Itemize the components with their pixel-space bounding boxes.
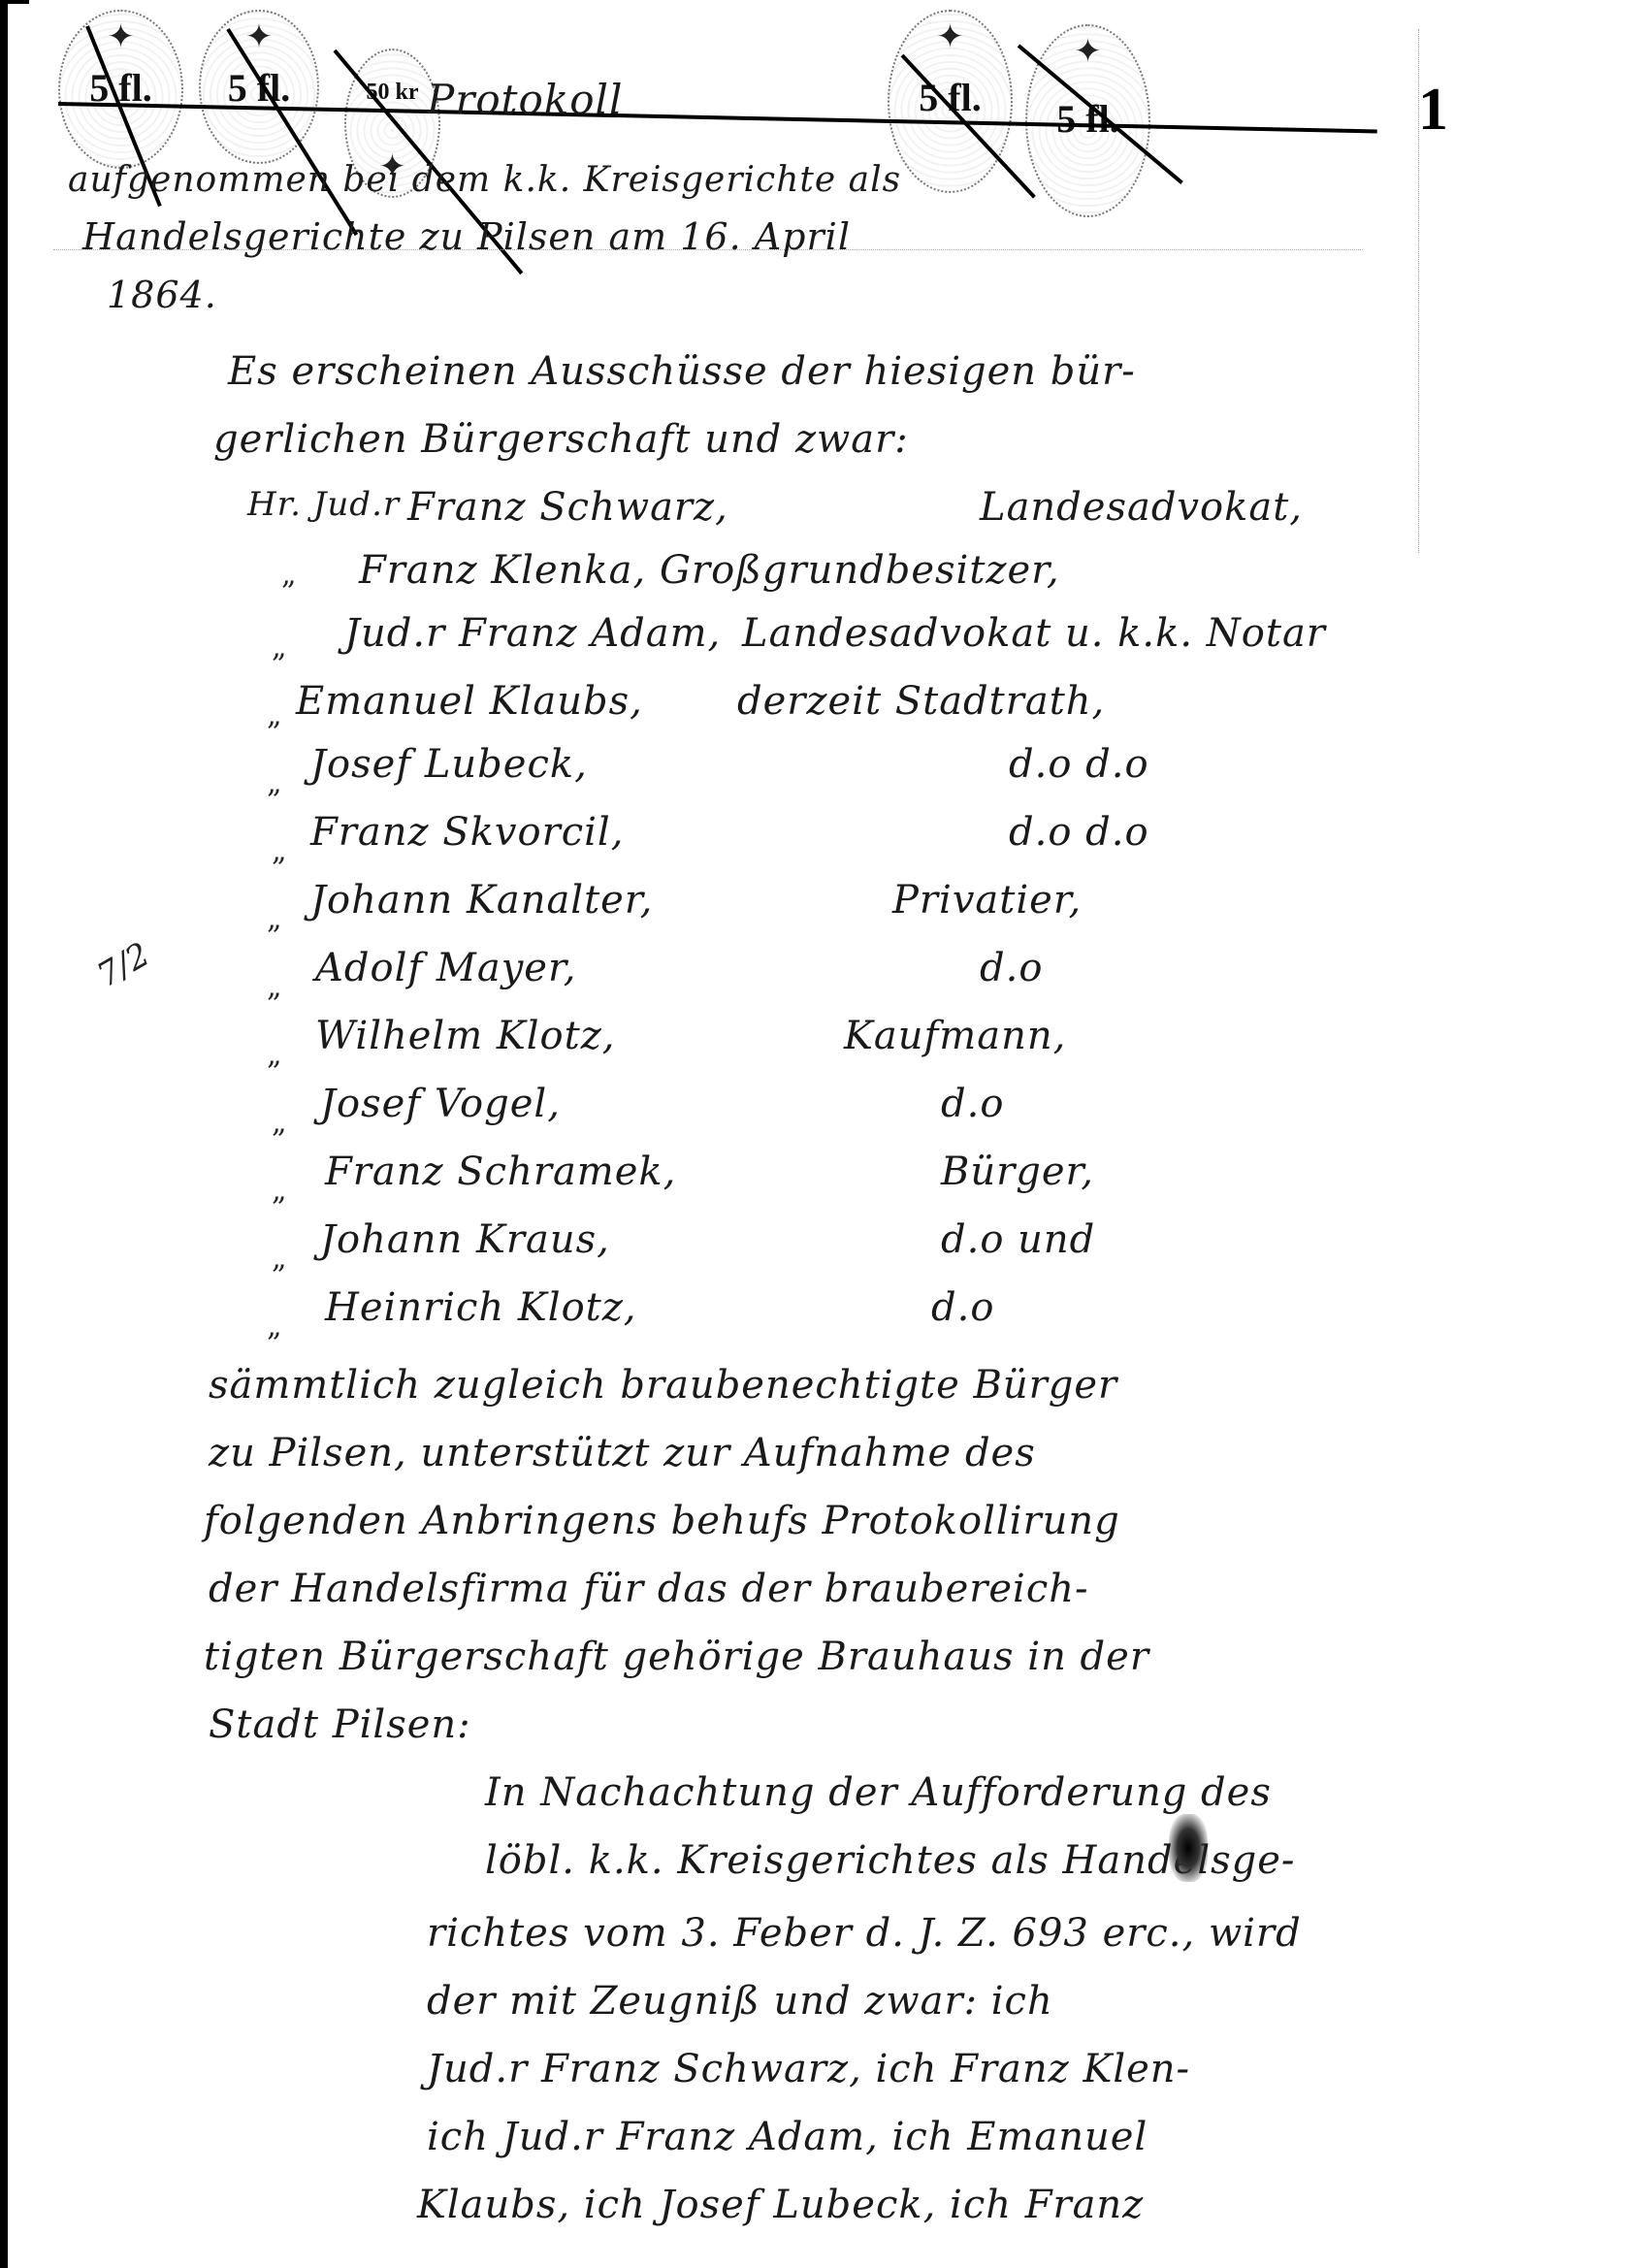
member-role: Bürger, xyxy=(941,1150,1094,1194)
double-eagle-icon: ✦ xyxy=(107,17,135,56)
ink-blot xyxy=(1169,1814,1208,1882)
document-title: Protokoll xyxy=(427,76,623,123)
ditto-mark: „ xyxy=(267,970,282,1004)
member-name: Johann Kanalter, xyxy=(310,878,653,923)
body-line: der Handelsfirma für das der braubereich… xyxy=(209,1567,1089,1611)
ditto-mark: „ xyxy=(267,766,282,800)
member-name: Franz Skvorcil, xyxy=(310,810,624,855)
header-year: 1864. xyxy=(107,274,217,316)
revenue-stamp-5: ✦ 5 fl. xyxy=(1025,24,1150,217)
member-role: Landesadvokat u. k.k. Notar xyxy=(742,611,1326,656)
stamp-value: 5 fl. xyxy=(201,65,317,111)
scan-edge-left xyxy=(0,0,8,2268)
ditto-mark: „ xyxy=(267,902,282,936)
member-role: d.o xyxy=(980,946,1043,990)
member-prefix: Hr. Jud.r xyxy=(247,485,400,524)
ditto-mark: „ xyxy=(272,1242,287,1276)
double-eagle-icon: ✦ xyxy=(245,17,274,56)
ditto-mark: „ xyxy=(267,698,282,732)
member-name: Franz Schramek, xyxy=(325,1150,676,1194)
double-eagle-icon: ✦ xyxy=(936,17,964,56)
revenue-stamp-4: ✦ 5 fl. xyxy=(888,10,1013,193)
member-role: d.o xyxy=(941,1082,1004,1126)
member-role: Großgrundbesitzer, xyxy=(660,548,1060,593)
header-line-1: aufgenommen bei dem k.k. Kreisgerichte a… xyxy=(68,160,901,200)
margin-note: 7/2 xyxy=(91,935,156,995)
member-name: Josef Vogel, xyxy=(320,1082,561,1126)
scan-edge-top xyxy=(0,0,29,4)
member-role: Privatier, xyxy=(892,878,1082,923)
member-name: Franz Klenka, xyxy=(359,548,646,593)
continuation-line: der mit Zeugniß und zwar: ich xyxy=(427,1979,1053,2024)
page-number: 1 xyxy=(1418,76,1448,145)
ditto-mark: „ xyxy=(272,631,287,664)
ditto-mark: „ xyxy=(267,1310,282,1344)
double-eagle-icon: ✦ xyxy=(1074,32,1102,71)
ditto-mark: „ xyxy=(272,834,287,868)
continuation-line: Klaubs, ich Josef Lubeck, ich Franz xyxy=(417,2183,1144,2227)
body-line: folgenden Anbringens behufs Protokolliru… xyxy=(204,1499,1120,1543)
member-role: d.o xyxy=(931,1285,994,1330)
member-role: d.o d.o xyxy=(1009,810,1149,855)
ditto-mark: „ xyxy=(272,1174,287,1208)
scan-rule xyxy=(1418,29,1420,553)
member-name: Johann Kraus, xyxy=(320,1217,610,1262)
ditto-mark: „ xyxy=(267,1038,282,1072)
member-role: Landesadvokat, xyxy=(980,485,1303,530)
member-name: Heinrich Klotz, xyxy=(325,1285,637,1330)
revenue-stamp-2: ✦ 5 fl. xyxy=(199,10,319,164)
stamp-value: 5 fl. xyxy=(889,75,1011,120)
ditto-mark: „ xyxy=(281,558,297,592)
member-role: d.o d.o xyxy=(1009,742,1149,787)
header-line-2: Handelsgerichte zu Pilsen am 16. April xyxy=(82,215,851,258)
continuation-line: In Nachachtung der Aufforderung des xyxy=(485,1770,1272,1815)
ditto-mark: „ xyxy=(272,1106,287,1140)
continuation-line: Jud.r Franz Schwarz, ich Franz Klen- xyxy=(427,2047,1190,2091)
member-name: Franz Schwarz, xyxy=(407,485,728,530)
revenue-stamp-1: ✦ 5 fl. xyxy=(58,10,183,169)
continuation-line: richtes vom 3. Feber d. J. Z. 693 erc., … xyxy=(427,1911,1302,1956)
member-role: d.o und xyxy=(941,1217,1095,1262)
member-name: Josef Lubeck, xyxy=(310,742,588,787)
member-name: Jud.r Franz Adam, xyxy=(344,611,721,656)
continuation-line: ich Jud.r Franz Adam, ich Emanuel xyxy=(427,2115,1148,2159)
body-line: Stadt Pilsen: xyxy=(209,1702,471,1747)
body-line: sämmtlich zugleich braubenechtigte Bürge… xyxy=(209,1363,1117,1408)
intro-line-2: gerlichen Bürgerschaft und zwar: xyxy=(213,417,909,462)
member-name: Adolf Mayer, xyxy=(315,946,576,990)
member-name: Wilhelm Klotz, xyxy=(315,1014,616,1058)
member-name: Emanuel Klaubs, xyxy=(296,679,643,724)
member-role: derzeit Stadtrath, xyxy=(737,679,1105,724)
intro-line-1: Es erscheinen Ausschüsse der hiesigen bü… xyxy=(228,349,1136,394)
member-role: Kaufmann, xyxy=(844,1014,1066,1058)
body-line: tigten Bürgerschaft gehörige Brauhaus in… xyxy=(204,1635,1149,1679)
body-line: zu Pilsen, unterstützt zur Aufnahme des xyxy=(209,1431,1036,1475)
